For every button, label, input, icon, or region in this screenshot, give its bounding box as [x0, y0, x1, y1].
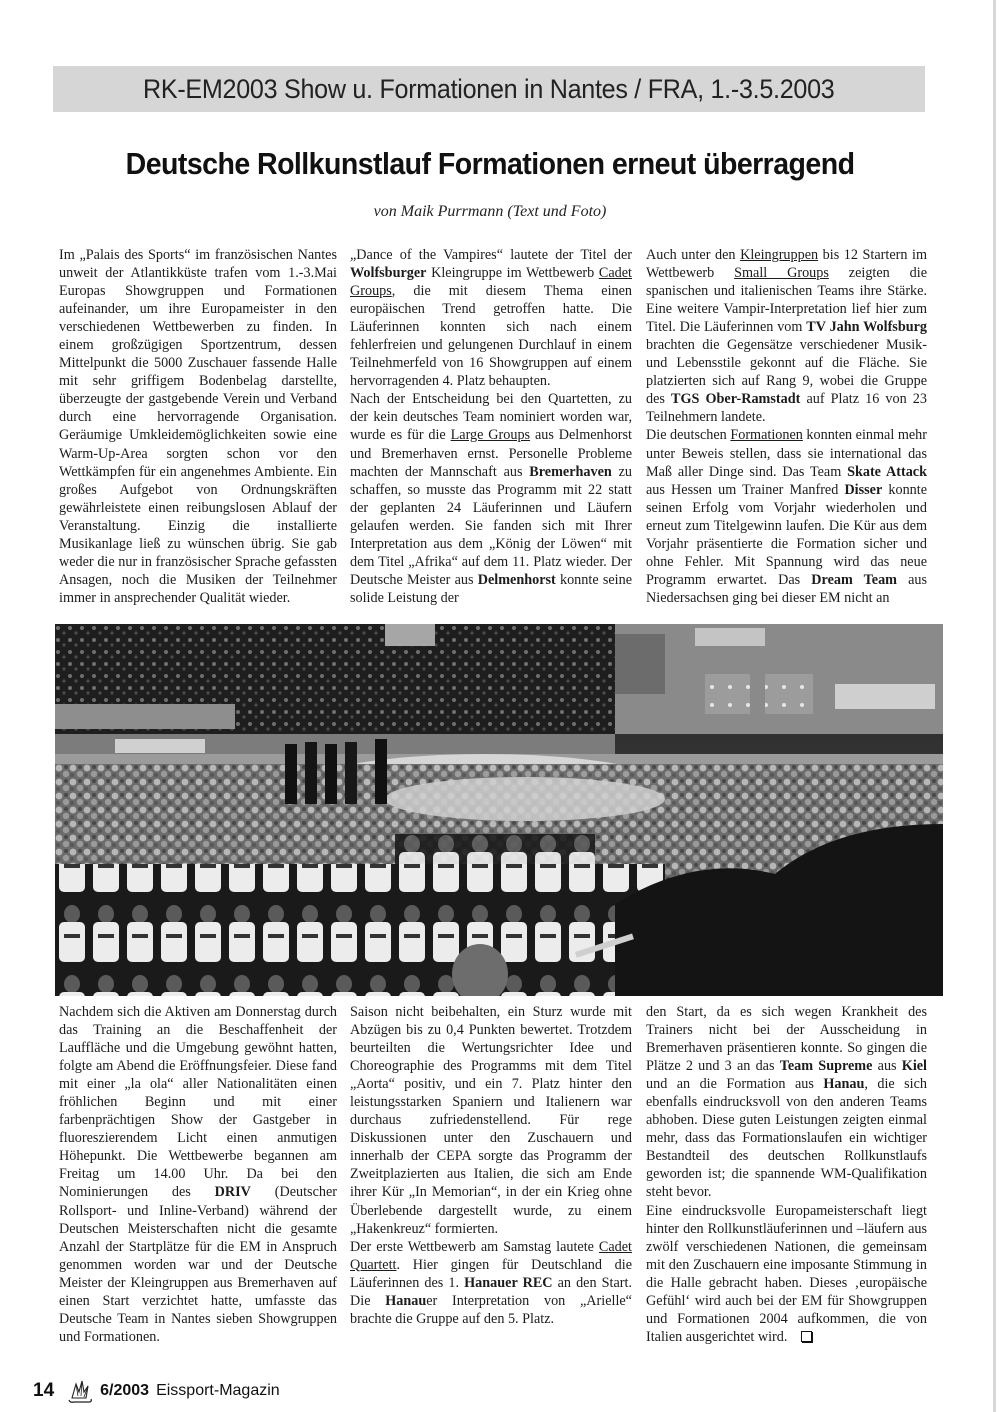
section-banner-text: RK-EM2003 Show u. Formationen in Nantes …	[143, 74, 834, 105]
page-edge-shadow	[993, 0, 996, 1412]
category-formationen: Formationen	[730, 427, 803, 443]
paragraph: Eine eindrucksvolle Europameisterschaft …	[646, 1202, 927, 1346]
paragraph: Der erste Wettbewerb am Samstag lautete …	[350, 1238, 632, 1328]
page-number: 14	[33, 1380, 54, 1402]
category-kleingruppen: Kleingruppen	[740, 247, 818, 263]
arena-crowd-illustration	[55, 624, 943, 996]
end-of-article-icon	[801, 1331, 812, 1342]
column-3-bottom: den Start, da es sich wegen Krankheit de…	[646, 1003, 927, 1346]
paragraph: den Start, da es sich wegen Krankheit de…	[646, 1003, 927, 1202]
column-2-bottom: Saison nicht beibehalten, ein Sturz wurd…	[350, 1003, 632, 1328]
paragraph: Die deutschen Formationen konnten einmal…	[646, 426, 927, 606]
paragraph: Nachdem sich die Aktiven am Donnerstag d…	[59, 1003, 337, 1346]
paragraph: Im „Palais des Sports“ im französischen …	[59, 246, 337, 607]
article-headline: Deutsche Rollkunstlauf Formationen erneu…	[60, 146, 920, 182]
column-2-top: „Dance of the Vampires“ lautete der Tite…	[350, 246, 632, 607]
page-footer: 14 6/2003 Eissport-Magazin	[33, 1378, 280, 1404]
article-headline-text: Deutsche Rollkunstlauf Formationen erneu…	[126, 146, 855, 182]
issue-number: 6/2003	[100, 1382, 149, 1400]
section-banner: RK-EM2003 Show u. Formationen in Nantes …	[53, 66, 925, 112]
column-1-top: Im „Palais des Sports“ im französischen …	[59, 246, 337, 607]
category-small-groups: Small Groups	[734, 265, 829, 281]
paragraph: Auch unter den Kleingruppen bis 12 Start…	[646, 246, 927, 426]
paragraph: Nach der Entscheidung bei den Quartetten…	[350, 390, 632, 607]
paragraph: Saison nicht beibehalten, ein Sturz wurd…	[350, 1003, 632, 1238]
skate-bird-logo-icon	[66, 1378, 94, 1404]
article-byline: von Maik Purrmann (Text und Foto)	[60, 203, 920, 221]
column-1-bottom: Nachdem sich die Aktiven am Donnerstag d…	[59, 1003, 337, 1346]
article-photo	[55, 624, 943, 996]
paragraph: „Dance of the Vampires“ lautete der Tite…	[350, 246, 632, 390]
magazine-name: Eissport-Magazin	[156, 1382, 280, 1400]
category-large-groups: Large Groups	[451, 427, 530, 443]
column-3-top: Auch unter den Kleingruppen bis 12 Start…	[646, 246, 927, 607]
